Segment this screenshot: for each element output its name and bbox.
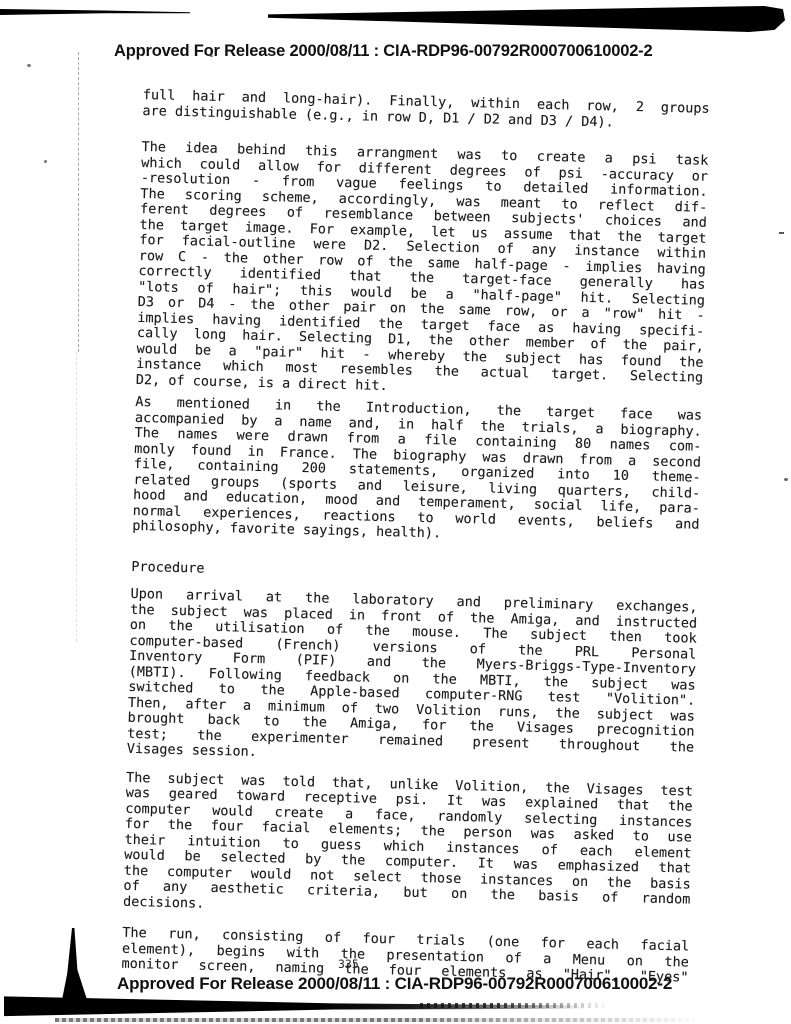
ink-smear-bottom-dots [420, 1003, 610, 1008]
scan-speck [44, 160, 47, 163]
fold-line-lower [76, 352, 77, 642]
scan-speck [779, 232, 784, 234]
paragraph-scoring-scheme: The idea behind this arrangment was to c… [136, 140, 709, 402]
page-number: 335 [338, 957, 359, 971]
scan-speck [784, 478, 788, 481]
ink-smear-top-left [0, 9, 190, 15]
ink-smear-bottom-line [55, 1018, 705, 1022]
ink-smear-bottom-spike [60, 928, 90, 1004]
fold-line [78, 52, 79, 352]
section-heading-procedure: Procedure [131, 559, 698, 588]
paragraph-names-biography: As mentioned in the Introduction, the ta… [132, 395, 702, 548]
header-release-stamp: Approved For Release 2000/08/11 : CIA-RD… [114, 42, 652, 61]
paragraph-subject-instructions: The subject was told that, unlike Voliti… [123, 770, 693, 923]
ink-smear-top-right [268, 6, 785, 32]
paragraph-procedure-arrival: Upon arrival at the laboratory and preli… [127, 587, 698, 771]
scan-speck [27, 64, 31, 67]
footer-release-stamp: Approved For Release 2000/08/11 : CIA-RD… [117, 974, 672, 994]
scanned-document-page: Approved For Release 2000/08/11 : CIA-RD… [0, 0, 791, 1024]
typewritten-body: full hair and long-hair). Finally, withi… [121, 88, 709, 986]
paragraph-continued: full hair and long-hair). Finally, withi… [142, 88, 710, 133]
